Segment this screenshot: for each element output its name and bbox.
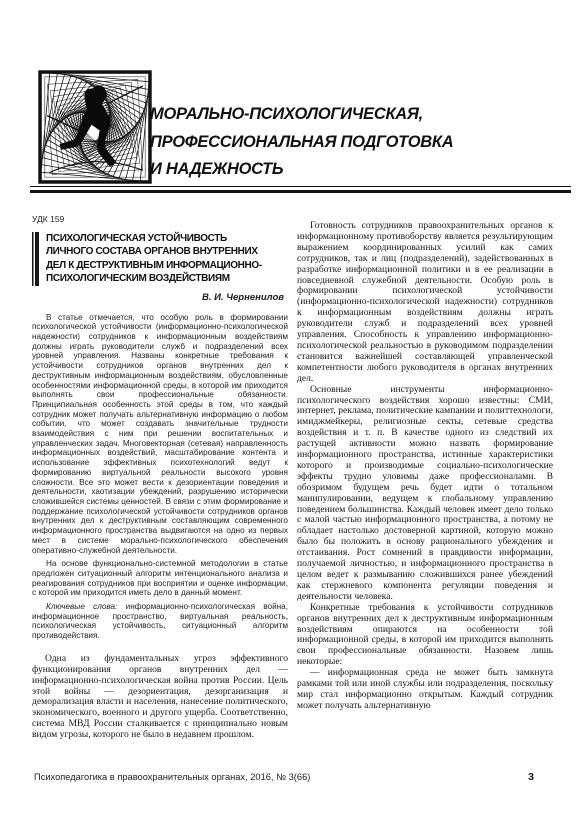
journal-citation: Психопедагогика в правоохранительных орг… [34,772,310,782]
body-paragraph: Основные инструменты информационно-психо… [297,385,553,603]
journal-page: МОРАЛЬНО-ПСИХОЛОГИЧЕСКАЯ, ПРОФЕССИОНАЛЬН… [0,0,580,820]
header-artwork [38,70,152,184]
right-column: Готовность сотрудников правоохранительны… [297,214,553,741]
article-title-block: ПСИХОЛОГИЧЕСКАЯ УСТОЙЧИВОСТЬ ЛИЧНОГО СОС… [32,232,288,286]
udc-code: УДК 159 [32,214,288,224]
abstract-paragraph: В статье отмечается, что особую роль в ф… [32,313,288,556]
abstract-paragraph: На основе функционально-системной методо… [32,559,288,598]
body-paragraph: Конкретные требования к устойчивости сот… [297,603,553,668]
article-title: ПСИХОЛОГИЧЕСКАЯ УСТОЙЧИВОСТЬ ЛИЧНОГО СОС… [46,232,262,286]
page-number: 3 [528,771,534,783]
keywords-paragraph: Ключевые слова: информационно-психологич… [32,602,288,641]
page-footer: Психопедагогика в правоохранительных орг… [34,771,534,783]
body-paragraph: Готовность сотрудников правоохранительны… [297,221,553,385]
left-column: УДК 159 ПСИХОЛОГИЧЕСКАЯ УСТОЙЧИВОСТЬ ЛИЧ… [32,214,288,741]
article-author: В. И. Черненилов [32,292,288,303]
body-paragraph-bullet: — информационная среда не может быть зам… [297,668,553,712]
header-divider-rule [30,186,571,193]
tunnel-figure-artwork-icon [38,70,152,184]
keywords-label: Ключевые слова: [46,602,117,611]
article-body: УДК 159 ПСИХОЛОГИЧЕСКАЯ УСТОЙЧИВОСТЬ ЛИЧ… [32,214,553,741]
body-paragraph: Одна из фундаментальных угроз эффективно… [32,654,288,741]
title-accent-bar [32,232,39,286]
journal-section-title: МОРАЛЬНО-ПСИХОЛОГИЧЕСКАЯ, ПРОФЕССИОНАЛЬН… [150,101,560,184]
